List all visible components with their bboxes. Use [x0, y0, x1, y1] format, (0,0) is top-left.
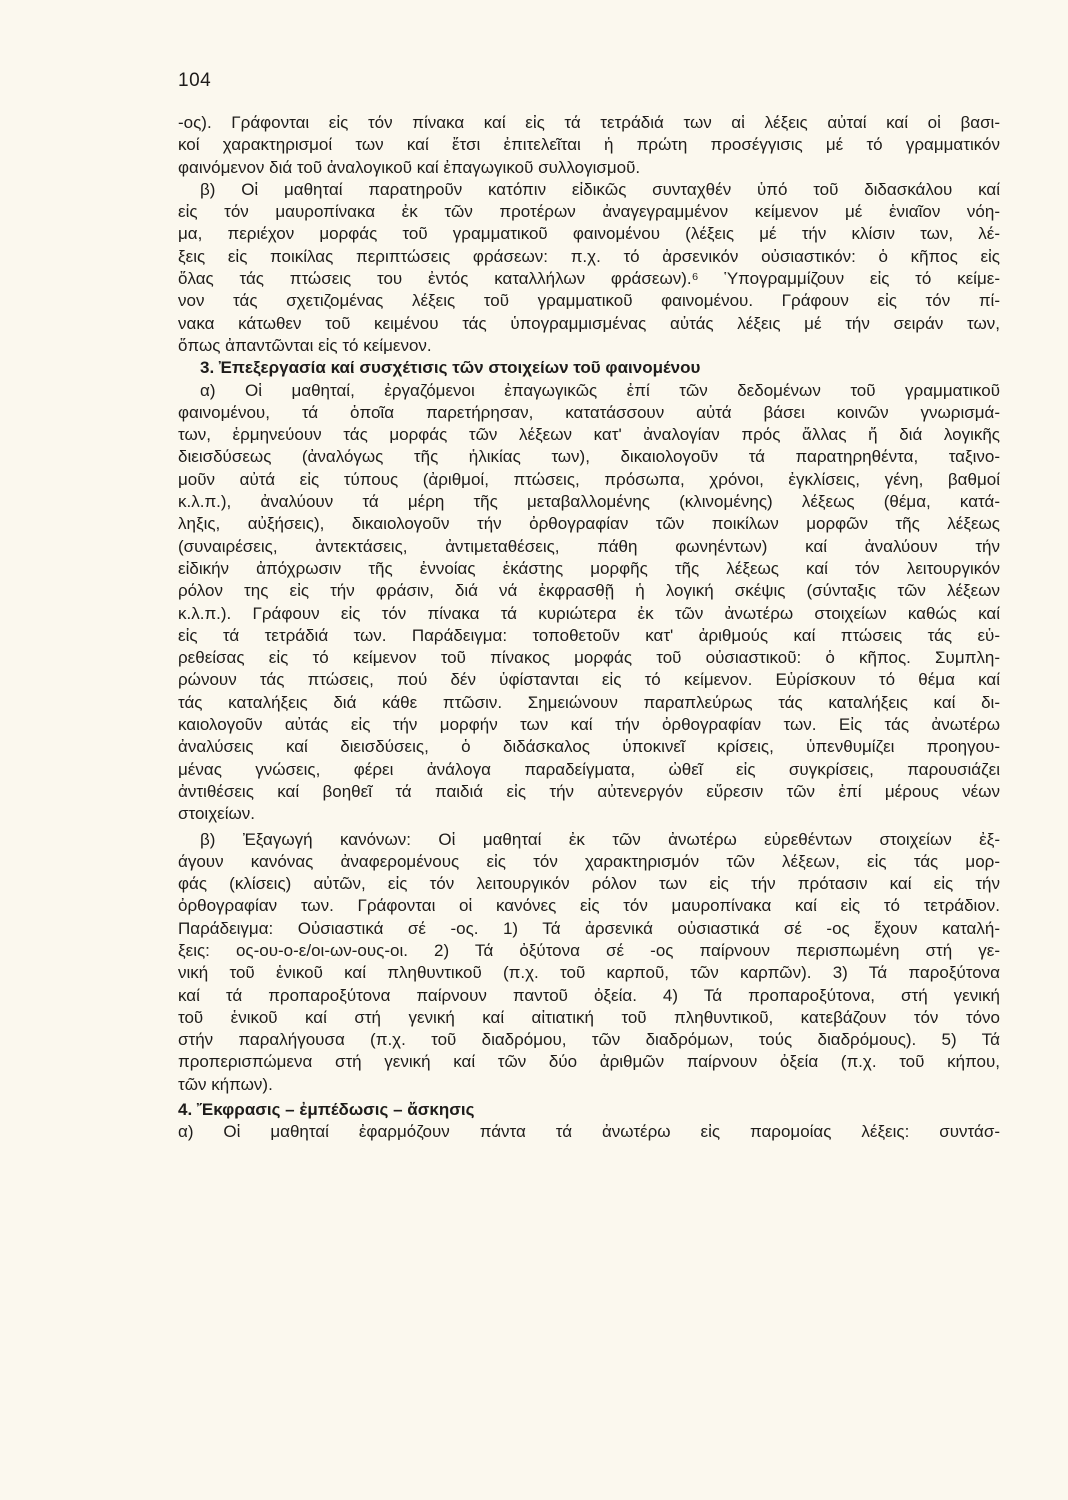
page-body: -ος). Γράφονται εἰς τόν πίνακα καί εἰς τ… — [178, 112, 1000, 1144]
text-line: ξεις: ος-ου-ο-ε/οι-ων-ους-οι. 2) Τά ὀξύτ… — [178, 940, 1000, 962]
text-line: (συναιρέσεις, ἀντεκτάσεις, ἀντιμεταθέσει… — [178, 536, 1000, 558]
text-line: εἰς τά τετράδιά των. Παράδειγμα: τοποθετ… — [178, 625, 1000, 647]
text-line: στοιχείων. — [178, 803, 1000, 825]
paragraph-alpha-processing: α) Οἱ μαθηταί, ἐργαζόμενοι ἐπαγωγικῶς ἐπ… — [178, 380, 1000, 826]
section-heading-4: 4. Ἔκφρασις – ἐμπέδωσις – ἄσκησις — [178, 1099, 1000, 1121]
text-line: Παράδειγμα: Οὐσιαστικά σέ -ος. 1) Τά ἀρσ… — [178, 918, 1000, 940]
text-line: ἀντιθέσεις καί βοηθεῖ τά παιδιά εἰς τήν … — [178, 781, 1000, 803]
text-line: των, ἑρμηνεύουν τάς μορφάς τῶν λέξεων κα… — [178, 424, 1000, 446]
text-line: ξεις εἰς ποικίλας περιπτώσεις φράσεων: π… — [178, 246, 1000, 268]
text-line: ἀναλύσεις καί διεισδύσεις, ὁ διδάσκαλος … — [178, 736, 1000, 758]
text-line: τῶν κήπων). — [178, 1074, 1000, 1096]
text-line: μοῦν αὐτά εἰς τύπους (ἀριθμοί, πτώσεις, … — [178, 469, 1000, 491]
text-line: νον τάς σχετιζομένας λέξεις τοῦ γραμματι… — [178, 290, 1000, 312]
text-line: στήν παραλήγουσα (π.χ. τοῦ διαδρόμου, τῶ… — [178, 1029, 1000, 1051]
section-heading-3: 3. Ἐπεξεργασία καί συσχέτισις τῶν στοιχε… — [178, 357, 1000, 379]
text-line: προπερισπώμενα στή γενική καί τῶν δύο ἀρ… — [178, 1051, 1000, 1073]
paragraph-alpha-expression: α) Οἱ μαθηταί ἐφαρμόζουν πάντα τά ἀνωτέρ… — [178, 1121, 1000, 1143]
paragraph-beta-observation: β) Οἱ μαθηταί παρατηροῦν κατόπιν εἰδικῶς… — [178, 179, 1000, 357]
text-line: μα, περιέχον μορφάς τοῦ γραμματικοῦ φαιν… — [178, 223, 1000, 245]
text-line: ρόλον της εἰς τήν φράσιν, διά νά ἐκφρασθ… — [178, 580, 1000, 602]
text-line: καί τά προπαροξύτονα παίρνουν παντοῦ ὀξε… — [178, 985, 1000, 1007]
text-line: φαινόμενον διά τοῦ ἀναλογικοῦ καί ἐπαγωγ… — [178, 157, 1000, 179]
text-line: ρώνουν τάς πτώσεις, πού δέν ὑφίστανται ε… — [178, 669, 1000, 691]
paragraph-continuation: -ος). Γράφονται εἰς τόν πίνακα καί εἰς τ… — [178, 112, 1000, 179]
text-line: ληξις, αὐξήσεις), δικαιολογοῦν τήν ὀρθογ… — [178, 513, 1000, 535]
text-line: φαινομένου, τά ὁποῖα παρετήρησαν, κατατά… — [178, 402, 1000, 424]
text-line: ὅλας τάς πτώσεις του ἐντός καταλλήλων φρ… — [178, 268, 1000, 290]
text-line: εἰδικήν ἀπόχρωσιν τῆς ἐννοίας ἑκάστης μο… — [178, 558, 1000, 580]
text-line: α) Οἱ μαθηταί, ἐργαζόμενοι ἐπαγωγικῶς ἐπ… — [178, 380, 1000, 402]
text-line: κ.λ.π.). Γράφουν εἰς τόν πίνακα τά κυριώ… — [178, 603, 1000, 625]
text-line: τάς καταλήξεις διά κάθε πτῶσιν. Σημειώνο… — [178, 692, 1000, 714]
text-line: καιολογοῦν αὐτάς εἰς τήν μορφήν των καί … — [178, 714, 1000, 736]
text-line: ρεθείσας εἰς τό κείμενον τοῦ πίνακος μορ… — [178, 647, 1000, 669]
text-line: κοί χαρακτηρισμοί των καί ἔτσι ἐπιτελεῖτ… — [178, 134, 1000, 156]
text-line: νική τοῦ ἑνικοῦ καί πληθυντικοῦ (π.χ. το… — [178, 962, 1000, 984]
text-line: φάς (κλίσεις) αὐτῶν, εἰς τόν λειτουργικό… — [178, 873, 1000, 895]
text-line: ὅπως ἀπαντῶνται εἰς τό κείμενον. — [178, 335, 1000, 357]
text-line: μένας γνώσεις, φέρει ἀνάλογα παραδείγματ… — [178, 759, 1000, 781]
text-line: α) Οἱ μαθηταί ἐφαρμόζουν πάντα τά ἀνωτέρ… — [178, 1121, 1000, 1143]
text-line: εἰς τόν μαυροπίνακα ἐκ τῶν προτέρων ἀναγ… — [178, 201, 1000, 223]
text-line: β) Ἐξαγωγή κανόνων: Οἱ μαθηταί ἐκ τῶν ἀν… — [178, 829, 1000, 851]
text-line: άγουν κανόνας ἀναφερομένους εἰς τόν χαρα… — [178, 851, 1000, 873]
paragraph-beta-rules: β) Ἐξαγωγή κανόνων: Οἱ μαθηταί ἐκ τῶν ἀν… — [178, 829, 1000, 1097]
text-line: διεισδύσεως (ἀναλόγως τῆς ἡλικίας των), … — [178, 446, 1000, 468]
page-number: 104 — [178, 70, 211, 92]
text-line: -ος). Γράφονται εἰς τόν πίνακα καί εἰς τ… — [178, 112, 1000, 134]
text-line: ὀρθογραφίαν των. Γράφονται οἱ κανόνες εἰ… — [178, 895, 1000, 917]
text-line: νακα κάτωθεν τοῦ κειμένου τάς ὑπογραμμισ… — [178, 313, 1000, 335]
text-line: τοῦ ἑνικοῦ καί στή γενική καί αἰτιατική … — [178, 1007, 1000, 1029]
text-line: κ.λ.π.), ἀναλύουν τά μέρη τῆς μεταβαλλομ… — [178, 491, 1000, 513]
text-line: β) Οἱ μαθηταί παρατηροῦν κατόπιν εἰδικῶς… — [178, 179, 1000, 201]
